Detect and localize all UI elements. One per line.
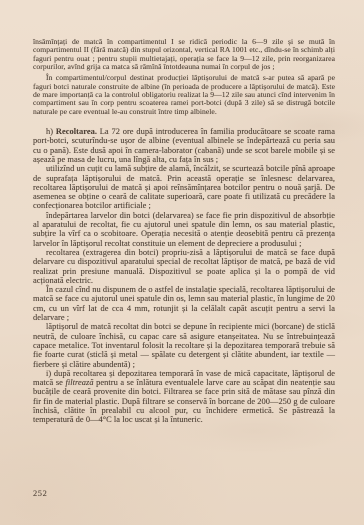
petit-paragraph-compartiment: În compartimentul/corpul destinat produc… [33, 74, 335, 116]
recoltarea-heading: Recoltarea. [56, 127, 97, 136]
paragraph-recoltarea: h) Recoltarea. La 72 ore după introducer… [33, 127, 335, 164]
paragraph-indepartarea-larvelor: îndepărtarea larvelor din botci (delarva… [33, 211, 335, 248]
paragraph-filtrare: i) după recoltarea și depozitarea tempor… [33, 369, 335, 425]
paragraph-in-cazul-spatula: În cazul cînd nu dispunem de o astfel de… [33, 285, 335, 322]
paragraph-laptisorul-recipiente: lăptișorul de matcă recoltat din botci s… [33, 322, 335, 368]
paragraph-utilizind-cutit: utilizînd un cuțit cu lamă subțire de al… [33, 164, 335, 210]
page-number: 252 [33, 489, 47, 498]
paragraph-recoltarea-extragerea: recoltarea (extragerea din botci) propri… [33, 248, 335, 285]
petit-paragraph-continuation: însămînțați de matcă în compartimentul I… [33, 38, 335, 71]
item-letter-h: h) [46, 127, 56, 136]
filtreaza-italic: filtrează [66, 378, 94, 387]
scanned-book-page: însămînțați de matcă în compartimentul I… [0, 0, 364, 525]
